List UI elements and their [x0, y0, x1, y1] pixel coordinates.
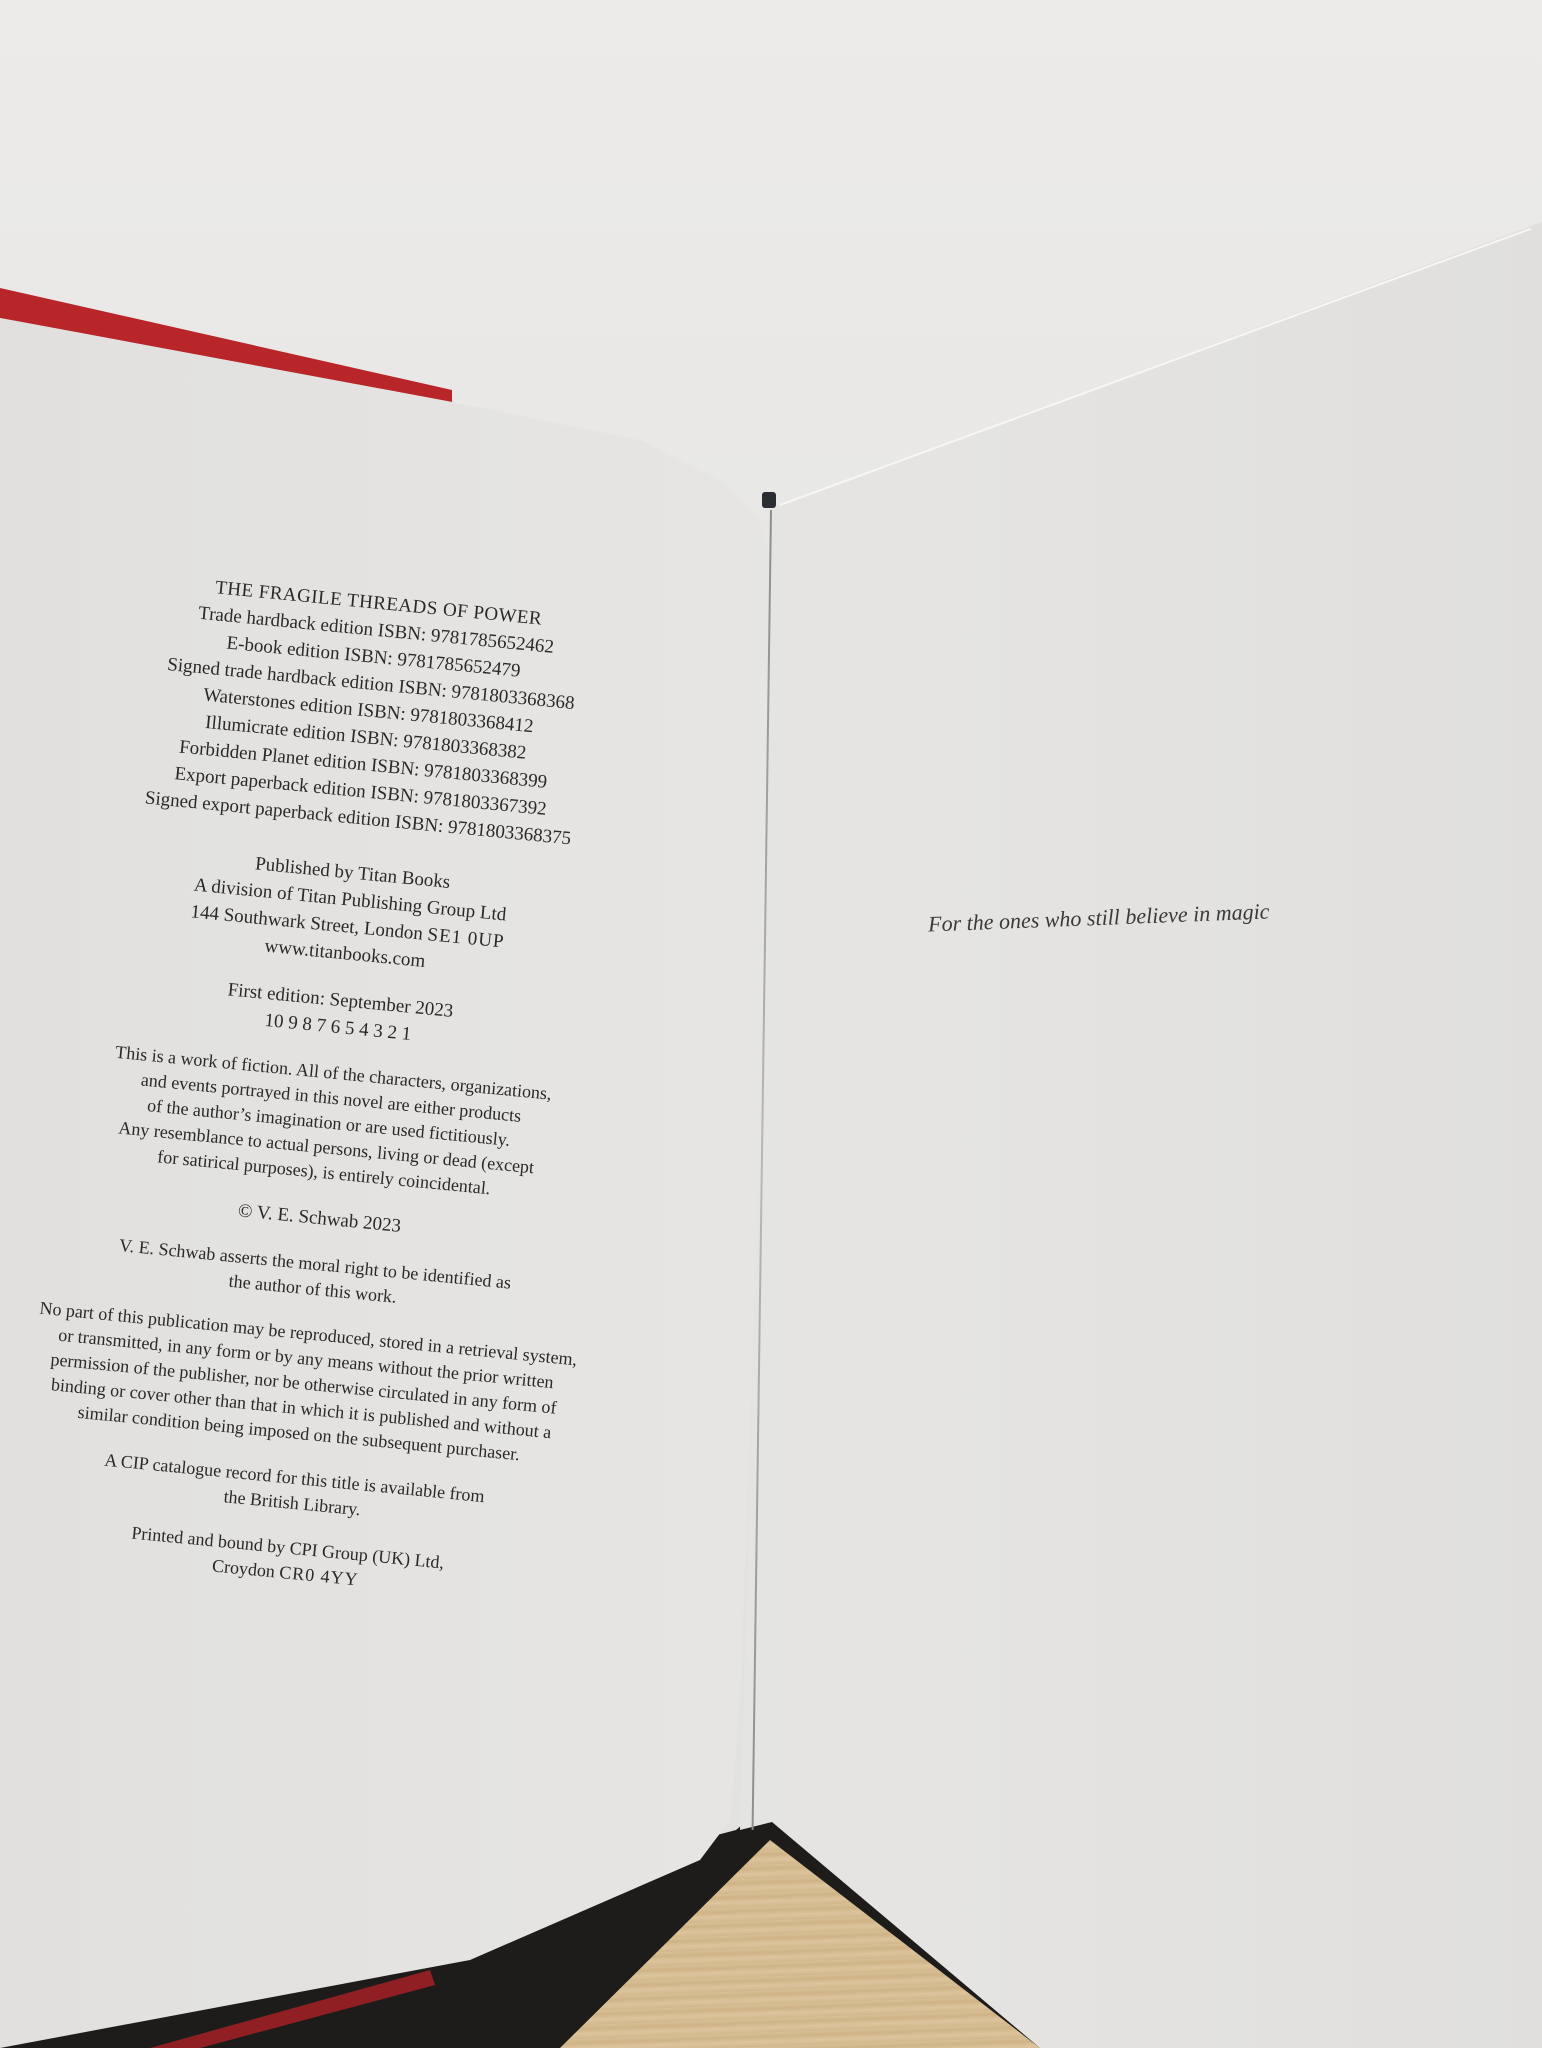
printer-city: Croydon: [211, 1555, 276, 1581]
copyright-page-text: THE FRAGILE THREADS OF POWER Trade hardb…: [0, 557, 718, 1618]
printer-postcode: CR0 4YY: [278, 1562, 359, 1590]
address-postcode: SE1 0UP: [427, 924, 506, 952]
spine-headband: [762, 492, 776, 508]
